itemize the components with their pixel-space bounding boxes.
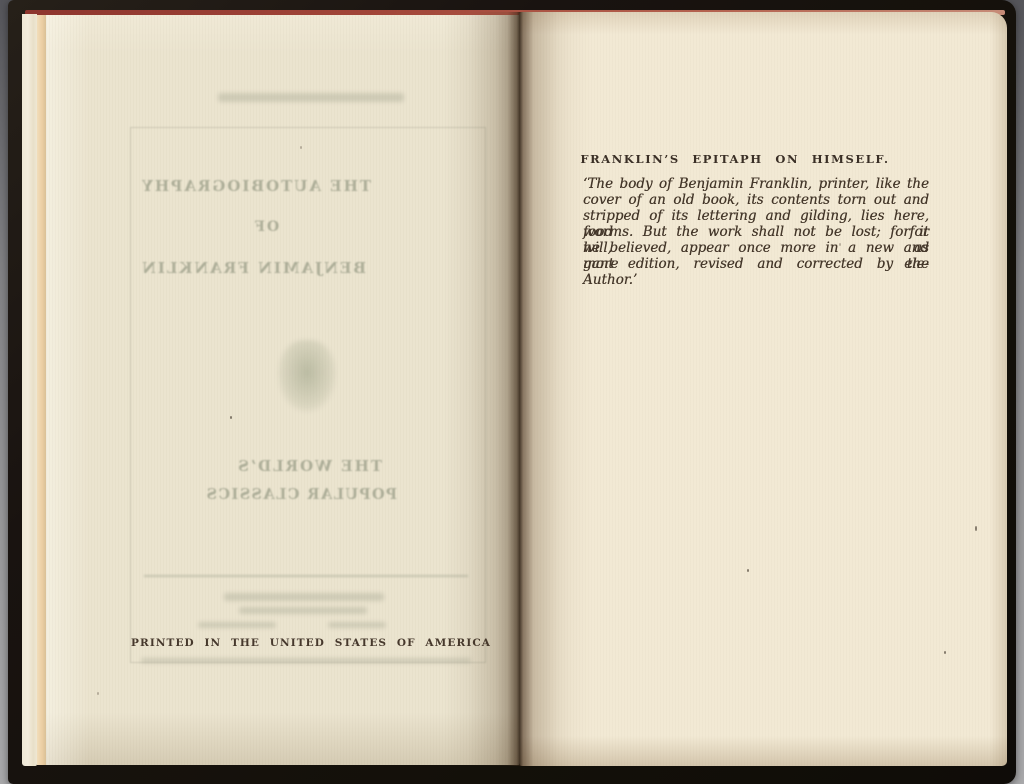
showthrough-series-line-2: POPULAR CLASSICS: [196, 486, 406, 503]
showthrough-rule: [144, 575, 468, 577]
endpaper-edge: [22, 14, 37, 766]
right-page: FRANKLIN’S EPITAPH ON HIMSELF. ‘The body…: [519, 12, 1007, 766]
printer-imprint: PRINTED IN THE UNITED STATES OF AMERICA: [131, 637, 491, 649]
showthrough-publisher-line-2: [239, 607, 367, 614]
epitaph-line: cover of an old book, its contents torn …: [583, 192, 929, 208]
showthrough-series-line-1: THE WORLD’S: [204, 457, 414, 475]
dust-speck: [300, 146, 302, 149]
epitaph-line: he believed, appear once more in a new a…: [583, 240, 929, 256]
showthrough-publisher-line-1: [224, 593, 384, 601]
epitaph-line: ‘The body of Benjamin Franklin, printer,…: [583, 176, 929, 192]
dust-speck: [944, 651, 946, 654]
page-edge-stack: [37, 15, 46, 765]
showthrough-title-line-1: THE AUTOBIOGRAPHY: [161, 177, 371, 195]
showthrough-title-line-3: BENJAMIN FRANKLIN: [156, 259, 366, 277]
epitaph-line: stripped of its lettering and gilding, l…: [583, 208, 929, 224]
showthrough-publisher-line-3: [198, 622, 276, 628]
dust-speck: [975, 526, 977, 531]
dust-speck: [747, 569, 749, 572]
showthrough-title-line-2: OF: [161, 219, 371, 235]
epitaph-line: gant edition, revised and corrected by t…: [583, 256, 929, 272]
dust-speck: [97, 692, 99, 695]
showthrough-crest-ornament: [278, 340, 336, 412]
dust-speck: [230, 416, 232, 419]
epitaph-line: worms. But the work shall not be lost; f…: [583, 224, 929, 240]
open-book-photo: THE AUTOBIOGRAPHY OF BENJAMIN FRANKLIN T…: [0, 0, 1024, 784]
showthrough-box-bottom: [141, 658, 471, 663]
epitaph-heading: FRANKLIN’S EPITAPH ON HIMSELF.: [565, 152, 905, 166]
epitaph-paragraph: ‘The body of Benjamin Franklin, printer,…: [583, 176, 929, 272]
showthrough-edition-line: [218, 93, 404, 102]
dust-speck: [839, 243, 841, 246]
showthrough-publisher-line-4: [328, 622, 386, 628]
left-page: THE AUTOBIOGRAPHY OF BENJAMIN FRANKLIN T…: [46, 15, 519, 765]
